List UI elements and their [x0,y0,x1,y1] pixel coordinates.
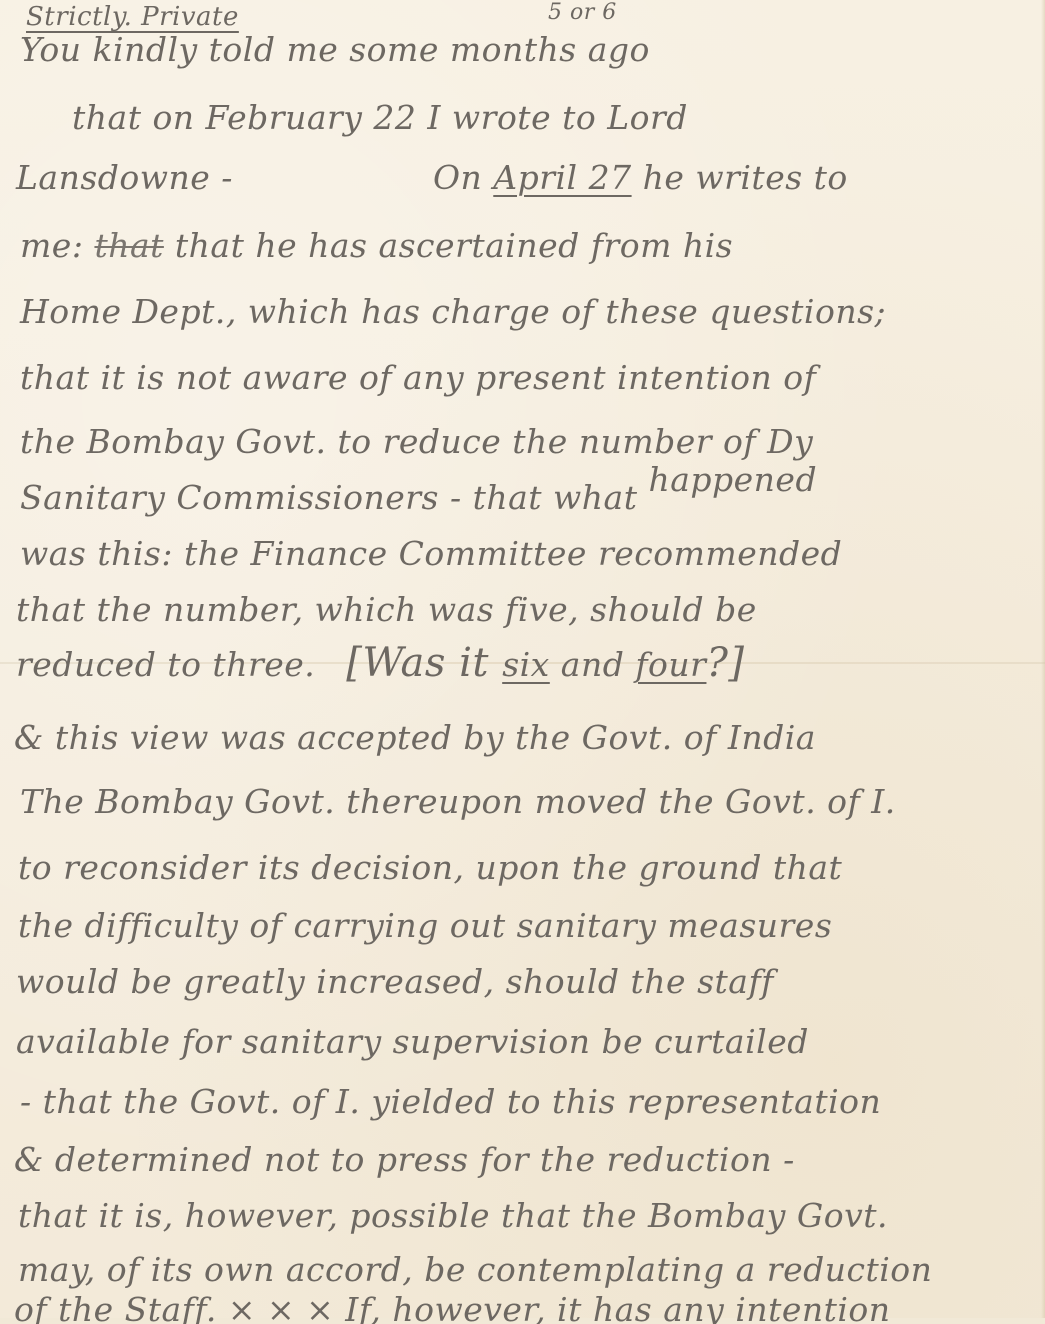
line-1-part-2: months ago [450,30,650,69]
letter-line-10: that the number, which was five, should … [16,590,757,629]
note-word-six: six [502,645,550,684]
page-number: 5 or 6 [548,0,617,25]
line-4-part-1: me: [20,226,94,265]
line-2-part-1: that on February 22 [72,98,427,137]
letter-line-14: to reconsider its decision, upon the gro… [18,848,842,887]
letter-line-11: reduced to three. [Was it six and four?] [16,640,745,686]
letter-line-21: may, of its own accord, be contemplating… [18,1250,932,1289]
line-3-part-4: he writes to [632,158,848,197]
private-marking: Strictly. Private [26,2,239,32]
line-8-insertion: happened [648,460,817,499]
bracket-note-open: [Was it [346,640,502,686]
letter-line-8: Sanitary Commissioners - that what happe… [20,478,817,517]
line-1-part-1: You kindly told me some [20,30,450,69]
letter-page: Strictly. Private 5 or 6 You kindly told… [0,0,1045,1324]
letter-line-18: - that the Govt. of I. yielded to this r… [20,1082,881,1121]
letter-line-5: Home Dept., which has charge of these qu… [20,292,886,331]
letter-line-3: Lansdowne -On April 27 he writes to [16,158,848,197]
letter-line-15: the difficulty of carrying out sanitary … [18,906,832,945]
letter-line-19: & determined not to press for the reduct… [14,1140,795,1179]
letter-line-4: me: that that he has ascertained from hi… [20,226,733,265]
letter-line-12: & this view was accepted by the Govt. of… [14,718,816,757]
letter-line-16: would be greatly increased, should the s… [16,962,774,1001]
letter-line-17: available for sanitary supervision be cu… [16,1022,809,1061]
crossed-out-word: that [94,226,163,265]
note-word-four: four [635,645,706,684]
line-3-part-1: Lansdowne - [16,158,233,197]
bracket-note-close: ?] [706,640,744,686]
date-april-27: April 27 [493,158,631,197]
letter-line-9: was this: the Finance Committee recommen… [20,534,842,573]
letter-line-20: that it is, however, possible that the B… [18,1196,888,1235]
line-8-part-1: Sanitary Commissioners - that what [20,478,648,517]
letter-line-2: that on February 22 I wrote to Lord [72,98,688,137]
letter-line-22: of the Staff. × × × If, however, it has … [14,1290,891,1324]
line-3-part-2: On [433,158,493,197]
letter-line-6: that it is not aware of any present inte… [20,358,816,397]
note-word-and: and [550,645,636,684]
letter-line-1: You kindly told me some months ago [20,30,650,69]
line-11-part-1: reduced to three. [16,645,326,684]
letter-line-13: The Bombay Govt. thereupon moved the Gov… [20,782,896,821]
line-2-part-2: I wrote to Lord [427,98,688,137]
letter-line-7: the Bombay Govt. to reduce the number of… [20,422,813,461]
line-4-part-3: that he has ascertained from his [164,226,733,265]
paper-edge [1041,0,1045,1324]
